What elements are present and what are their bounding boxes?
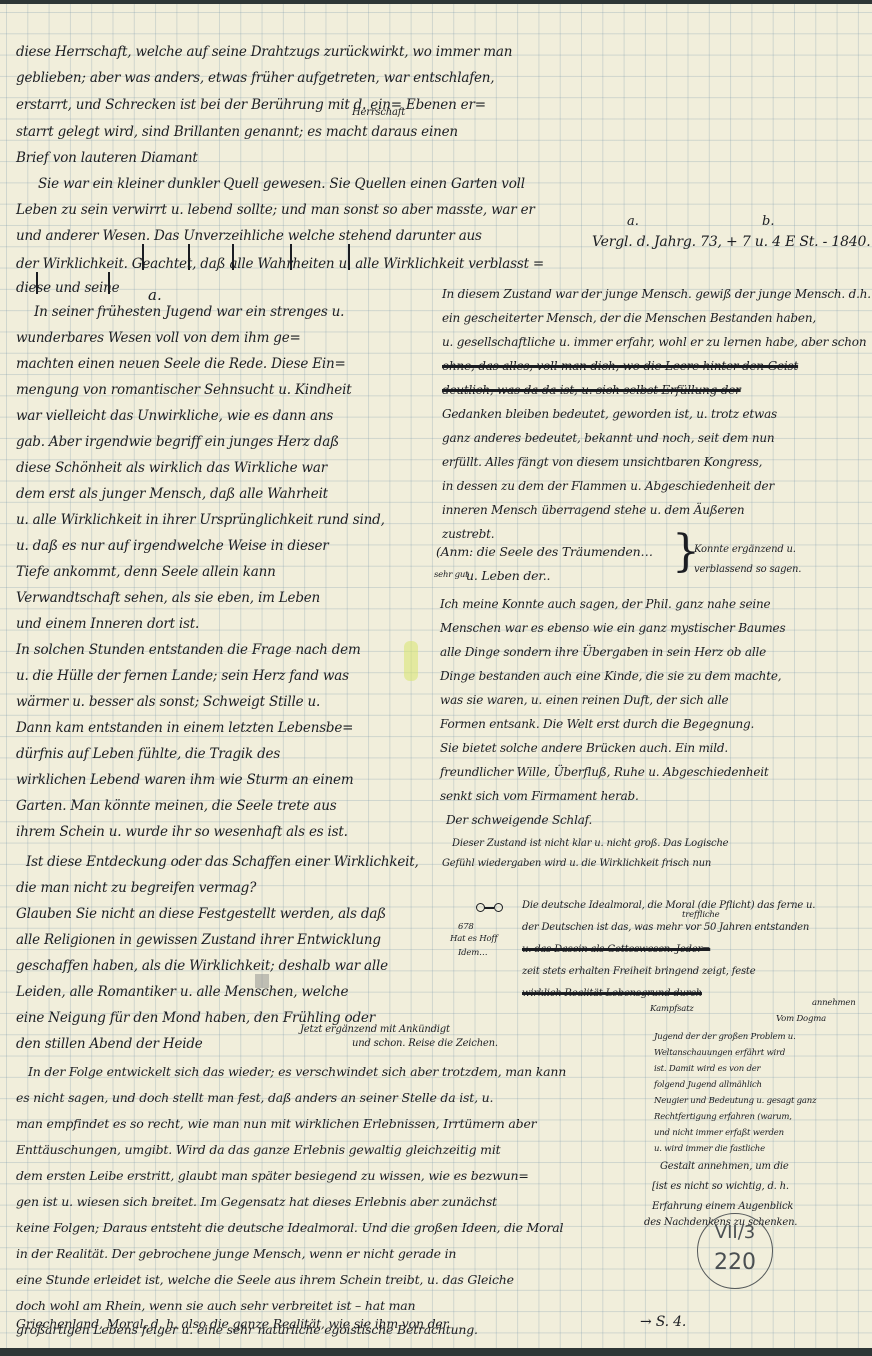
text-line: starrt gelegt wird, sind Brillanten gena… — [16, 124, 458, 140]
text-line: wärmer u. besser als sonst; Schweigt Sti… — [16, 694, 320, 710]
text-line: senkt sich vom Firmament herab. — [440, 788, 639, 804]
insertion-note: treffliche — [682, 910, 720, 920]
text-line: diese Schönheit als wirklich das Wirklic… — [16, 460, 327, 476]
text-line: Gedanken bleiben bedeutet, geworden ist,… — [442, 406, 777, 422]
text-line: man empfindet es so recht, wie man nun m… — [16, 1116, 536, 1132]
brace-note: Konnte ergänzend u. — [694, 544, 796, 556]
text-line: ganz anderes bedeutet, bekannt und noch,… — [442, 430, 774, 446]
text-line: Vom Dogma — [776, 1014, 826, 1024]
text-line: inneren Mensch überragend stehe u. dem Ä… — [442, 502, 744, 518]
text-line: Brief von lauteren Diamant — [16, 150, 198, 166]
text-line: alle Religionen in gewissen Zustand ihre… — [16, 932, 381, 948]
text-line: die man nicht zu begreifen vermag? — [16, 880, 256, 896]
text-line: diese Herrschaft, welche auf seine Draht… — [16, 44, 512, 60]
text-line: Dieser Zustand ist nicht klar u. nicht g… — [452, 838, 728, 850]
text-line: erfüllt. Alles fängt von diesem unsichtb… — [442, 454, 762, 470]
insertion-mark — [290, 244, 292, 270]
text-line: Enttäuschungen, umgibt. Wird da das ganz… — [16, 1142, 500, 1158]
note-line: Idem… — [458, 948, 487, 958]
text-line: den stillen Abend der Heide — [16, 1036, 203, 1052]
margin-note: und schon. Reise die Zeichen. — [352, 1038, 498, 1050]
archive-stamp: VII/3 220 — [697, 1213, 773, 1289]
margin-note: Jetzt ergänzend mit Ankündigt — [300, 1024, 450, 1036]
insertion-note: Kampfsatz — [650, 1004, 694, 1014]
text-line: In diesem Zustand war der junge Mensch. … — [442, 286, 871, 302]
text-line: Leiden, alle Romantiker u. alle Menschen… — [16, 984, 348, 1000]
text-line: der Deutschen ist das, was mehr vor 50 J… — [522, 922, 809, 934]
text-line: in der Realität. Der gebrochene junge Me… — [16, 1246, 456, 1262]
text-line: Sie bietet solche andere Brücken auch. E… — [440, 740, 728, 756]
text-line: wirklichen Lebend waren ihm wie Sturm an… — [16, 772, 353, 788]
text-line: Menschen war es ebenso wie ein ganz myst… — [440, 620, 785, 636]
text-line: u. die Hülle der fernen Lande; sein Herz… — [16, 668, 349, 684]
text-line: mengung von romantischer Sehnsucht u. Ki… — [16, 382, 351, 398]
text-line: doch wohl am Rhein, wenn sie auch sehr v… — [16, 1298, 415, 1314]
text-line: Ist diese Entdeckung oder das Schaffen e… — [26, 854, 419, 870]
paper-smudge — [255, 974, 269, 988]
text-line: u. gesellschaftliche u. immer erfahr, wo… — [442, 334, 866, 350]
text-line: Gestalt annehmen, um die — [660, 1162, 789, 1172]
text-line: ist. Damit wird es von der — [654, 1064, 760, 1074]
struck-text-line: wirklich Realität Lebensgrund durch — [522, 988, 702, 1000]
text-line: gen ist u. wiesen sich breitet. Im Gegen… — [16, 1194, 497, 1210]
text-line: Gefühl wiedergaben wird u. die Wirklichk… — [442, 858, 711, 870]
text-line: Sie war ein kleiner dunkler Quell gewese… — [38, 176, 525, 192]
text-line: dem erst als junger Mensch, daß alle Wah… — [16, 486, 328, 502]
text-line: Formen entsank. Die Welt erst durch die … — [440, 716, 754, 732]
text-line: geschaffen haben, als die Wirklichkeit; … — [16, 958, 388, 974]
section-label-a-right: a. — [627, 214, 639, 229]
note-line: u. Leben der.. — [466, 568, 550, 584]
text-line: und anderer Wesen. Das Unverzeihliche we… — [16, 228, 482, 244]
note-number: 678 — [458, 922, 474, 932]
text-line: folgend Jugend allmählich — [654, 1080, 762, 1090]
text-line: eine Stunde erleidet ist, welche die See… — [16, 1272, 514, 1288]
text-line: Der schweigende Schlaf. — [446, 812, 592, 828]
struck-text-line: u. das Dasein als Gotteswesen. Jeder= — [522, 944, 710, 956]
text-line: Erfahrung einem Augenblick — [652, 1202, 793, 1212]
text-line: dürfnis auf Leben fühlte, die Tragik des — [16, 746, 280, 762]
text-line: was sie waren, u. einen reinen Duft, der… — [440, 692, 728, 708]
text-line: In solchen Stunden entstanden die Frage … — [16, 642, 361, 658]
text-line: ihrem Schein u. wurde ihr so wesenhaft a… — [16, 824, 348, 840]
paper-stain — [404, 641, 418, 681]
text-line: u. alle Wirklichkeit in ihrer Ursprüngli… — [16, 512, 385, 528]
text-line: gab. Aber irgendwie begriff ein junges H… — [16, 434, 339, 450]
text-line: der Wirklichkeit. Geachtet, daß alle Wah… — [16, 256, 544, 272]
section-label-a: a. — [148, 286, 162, 304]
insertion-mark — [142, 244, 144, 270]
text-line: freundlicher Wille, Überfluß, Ruhe u. Ab… — [440, 764, 769, 780]
insertion-mark — [232, 244, 234, 270]
text-line: u. daß es nur auf irgendwelche Weise in … — [16, 538, 329, 554]
connector-dot — [494, 903, 503, 912]
section-label-b-right: b. — [762, 214, 774, 229]
text-line: keine Folgen; Daraus entsteht die deutsc… — [16, 1220, 563, 1236]
insertion-note: annehmen — [812, 998, 856, 1008]
note-line: (Anm: die Seele des Träumenden… — [436, 544, 653, 560]
struck-text-line: ohne, das alles, voll man dich, wo die L… — [442, 358, 798, 374]
text-line: [ist es nicht so wichtig, d. h. — [652, 1182, 789, 1192]
stamp-folio-number: 220 — [698, 1250, 772, 1275]
text-line: Dinge bestanden auch eine Kinde, die sie… — [440, 668, 781, 684]
text-line: Ich meine Konnte auch sagen, der Phil. g… — [440, 596, 770, 612]
brace-note: verblassend so sagen. — [694, 564, 801, 576]
text-line: dem ersten Leibe erstritt, glaubt man sp… — [16, 1168, 529, 1184]
text-line: machten einen neuen Seele die Rede. Dies… — [16, 356, 346, 372]
manuscript-page: diese Herrschaft, welche auf seine Draht… — [0, 4, 872, 1350]
text-line: in dessen zu dem der Flammen u. Abgeschi… — [442, 478, 774, 494]
text-line: Verwandtschaft sehen, als sie eben, im L… — [16, 590, 320, 606]
text-line: Leben zu sein verwirrt u. lebend sollte;… — [16, 202, 535, 218]
text-line: erstarrt, und Schrecken ist bei der Berü… — [16, 97, 486, 113]
text-line: u. wird immer die fastliche — [654, 1144, 765, 1154]
text-line: In der Folge entwickelt sich das wieder;… — [28, 1064, 566, 1080]
insertion-mark — [188, 244, 190, 270]
margin-note: sehr gut — [434, 570, 468, 580]
text-line: diese und seine — [16, 280, 119, 296]
insertion-mark — [108, 272, 110, 294]
text-line: Neugier und Bedeutung u. gesagt ganz — [654, 1096, 816, 1106]
struck-text-line: deutlich, was da da ist, u. sich selbst … — [442, 382, 741, 398]
text-line: ein gescheiterter Mensch, der die Mensch… — [442, 310, 816, 326]
connector-line — [484, 907, 494, 909]
reference-line: Vergl. d. Jahrg. 73, + 7 u. 4 E St. - 18… — [592, 234, 871, 250]
insertion-mark — [36, 272, 38, 294]
text-line: Garten. Man könnte meinen, die Seele tre… — [16, 798, 336, 814]
text-line: Dann kam entstanden in einem letzten Leb… — [16, 720, 353, 736]
stamp-volume: VII/3 — [698, 1222, 772, 1243]
text-line: Glauben Sie nicht an diese Festgestellt … — [16, 906, 386, 922]
text-line-last: Griechenland, Moral, d. h. also die ganz… — [16, 1316, 448, 1332]
text-line: Weltanschauungen erfährt wird — [654, 1048, 785, 1058]
text-line: es nicht sagen, und doch stellt man fest… — [16, 1090, 493, 1106]
text-line: In seiner frühesten Jugend war ein stren… — [34, 304, 344, 320]
text-line: Jugend der der großen Problem u. — [654, 1032, 796, 1042]
scan-bottom-border — [0, 1348, 872, 1356]
text-line: und nicht immer erfaßt werden — [654, 1128, 784, 1138]
text-line: wunderbares Wesen voll von dem ihm ge= — [16, 330, 301, 346]
continuation-marker: → S. 4. — [640, 1314, 686, 1330]
text-line: Tiefe ankommt, denn Seele allein kann — [16, 564, 276, 580]
text-line: alle Dinge sondern ihre Übergaben in sei… — [440, 644, 766, 660]
insertion-mark — [348, 244, 350, 270]
text-line: und einem Inneren dort ist. — [16, 616, 199, 632]
text-line: Die deutsche Idealmoral, die Moral (die … — [522, 900, 815, 912]
text-line: zeit stets erhalten Freiheit bringend ze… — [522, 966, 755, 978]
text-line: Rechtfertigung erfahren (warum, — [654, 1112, 792, 1122]
text-line: war vielleicht das Unwirkliche, wie es d… — [16, 408, 333, 424]
note-line: Hat es Hoff — [450, 934, 497, 944]
text-line: zustrebt. — [442, 526, 494, 542]
text-line: geblieben; aber was anders, etwas früher… — [16, 70, 494, 86]
insertion-note: Herrschaft — [352, 107, 405, 119]
